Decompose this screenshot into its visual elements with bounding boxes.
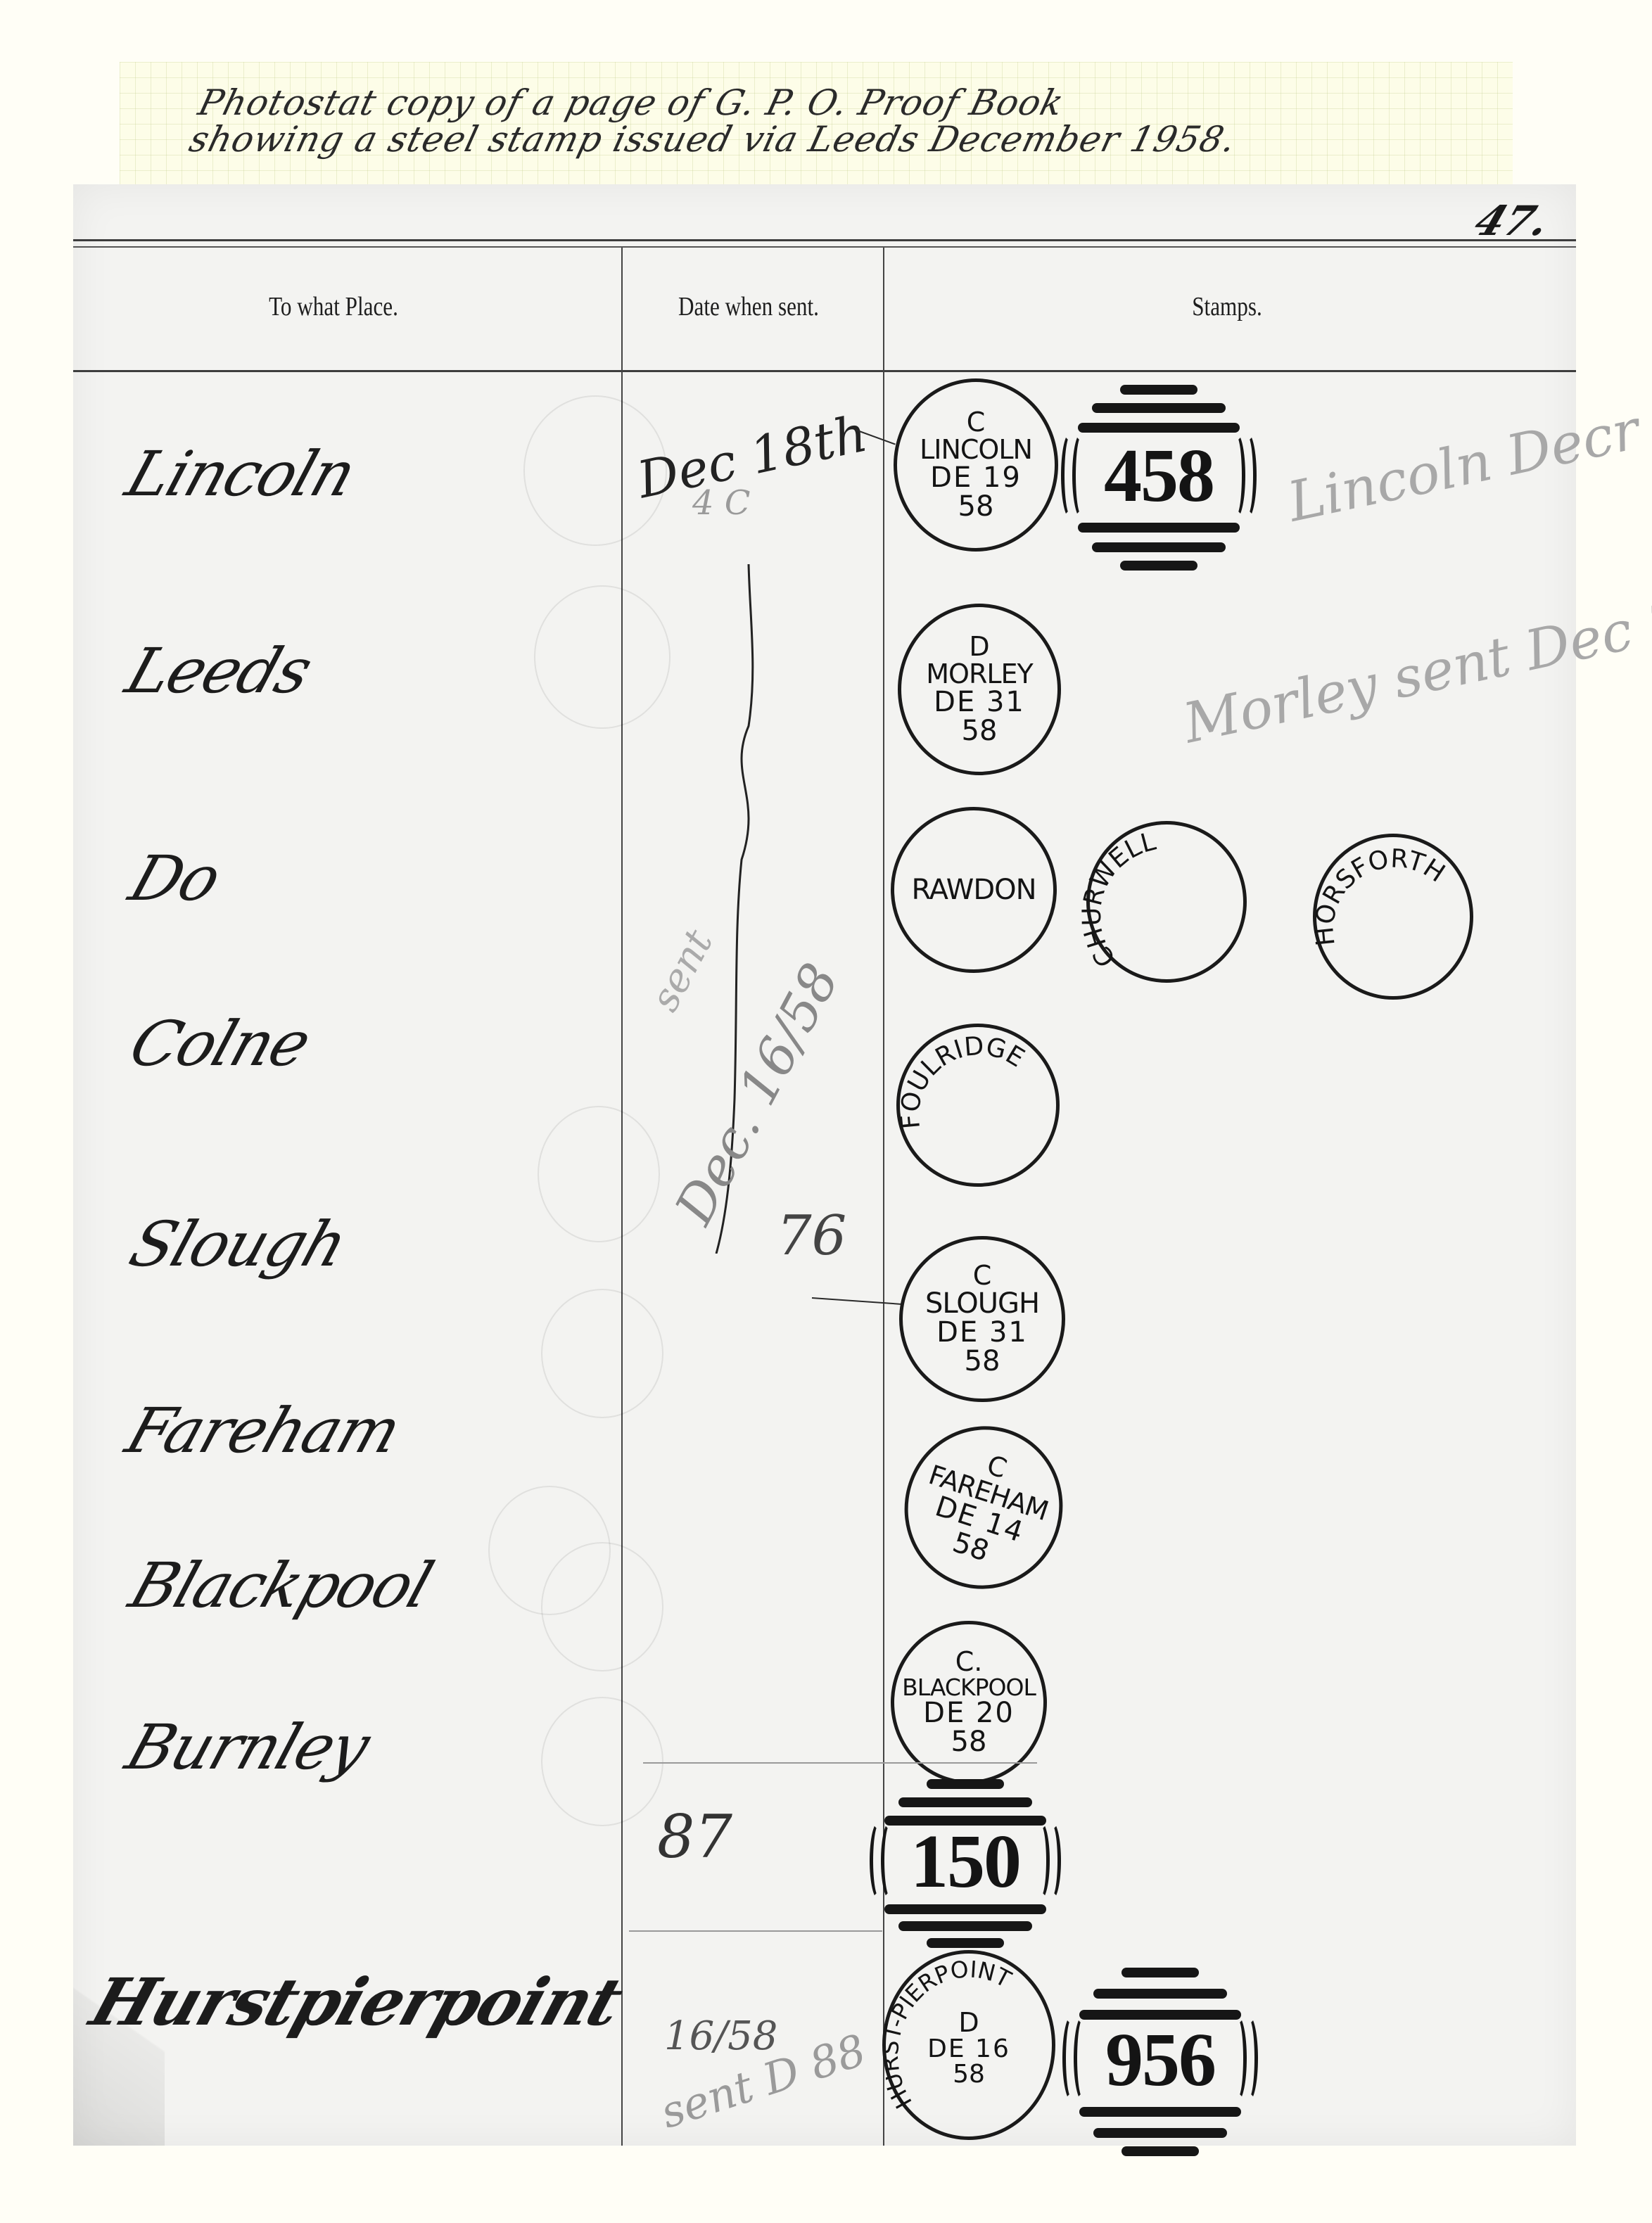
- stamp-date: DE 31: [934, 688, 1025, 717]
- stamp-town: HURST-PIERPOINT: [886, 1956, 1016, 2113]
- ghost-impression: [541, 1542, 663, 1671]
- stamp-code: C.: [955, 1648, 983, 1676]
- stamp-town: HORSFORTH: [1309, 843, 1451, 947]
- place-leeds: Leeds: [117, 635, 320, 707]
- stamp-code: D: [969, 633, 989, 661]
- place-blackpool: Blackpool: [121, 1549, 440, 1622]
- place-colne: Colne: [121, 1007, 319, 1080]
- page-number: 47.: [1468, 197, 1557, 245]
- pencil-rule: [643, 1762, 1037, 1764]
- place-burnley: Burnley: [117, 1711, 377, 1783]
- cds-stamp-morley: D MORLEY DE 31 58: [898, 604, 1061, 775]
- duplex-stamp-956: 956: [1072, 1968, 1248, 2151]
- duplex-number: 458: [1071, 440, 1247, 513]
- svg-text:HURST-PIERPOINT: HURST-PIERPOINT: [886, 1956, 1016, 2113]
- pencil-rule: [629, 1930, 882, 1932]
- column-header-place: To what Place.: [143, 291, 523, 322]
- caption-line-1: Photostat copy of a page of G. P. O. Pro…: [195, 84, 1470, 121]
- date-slough: 76: [777, 1204, 846, 1268]
- cds-stamp-lincoln: C LINCOLN DE 19 58: [894, 378, 1058, 552]
- ring-stamp-churwell: CHURWELL: [1086, 821, 1247, 983]
- ring-stamp-horsforth: HORSFORTH: [1313, 834, 1473, 1000]
- cds-stamp-blackpool: C. BLACKPOOL DE 20 58: [891, 1621, 1047, 1784]
- stamp-town: BLACKPOOL: [902, 1676, 1036, 1700]
- ghost-impression: [538, 1106, 660, 1242]
- pencil-annotation-lincoln: Lincoln Decr 18/58: [1283, 362, 1652, 534]
- cds-stamp-hurstpierpoint: HURST-PIERPOINT D DE 16 58: [882, 1950, 1055, 2140]
- stamp-town: RAWDON: [911, 874, 1036, 906]
- duplex-number: 956: [1072, 2024, 1248, 2097]
- pencil-annotation-morley: Morley sent Dec 20/58: [1178, 563, 1652, 756]
- place-fareham: Fareham: [117, 1394, 409, 1467]
- stamp-town: FOULRIDGE: [894, 1031, 1030, 1130]
- cds-stamp-slough: C SLOUGH DE 31 58: [899, 1236, 1065, 1402]
- place-hurstpierpoint: Hurstpierpoint: [82, 1964, 630, 2040]
- stamp-code: C: [973, 1262, 992, 1289]
- date-burnley: 87: [657, 1802, 732, 1871]
- stamp-year: 58: [962, 717, 998, 746]
- caption-note: Photostat copy of a page of G. P. O. Pro…: [186, 84, 1470, 158]
- place-do: Do: [121, 842, 229, 915]
- stamp-code: C: [967, 409, 986, 436]
- stamp-town: MORLEY: [926, 661, 1033, 688]
- stamp-date: DE 31: [936, 1318, 1028, 1347]
- proof-book-page: 47. To what Place. Date when sent. Stamp…: [73, 184, 1576, 2146]
- caption-line-2: showing a steel stamp issued via Leeds D…: [186, 121, 1461, 158]
- svg-text:CHURWELL: CHURWELL: [1076, 826, 1159, 973]
- date-lincoln: Dec 18th: [633, 404, 872, 510]
- svg-text:FOULRIDGE: FOULRIDGE: [894, 1031, 1030, 1130]
- header-rule-top: [73, 239, 1576, 241]
- stamp-date: DE 20: [923, 1699, 1015, 1728]
- place-slough: Slough: [121, 1208, 355, 1280]
- stamp-town: LINCOLN: [920, 436, 1032, 464]
- ghost-impression: [534, 585, 671, 729]
- ghost-impression: [541, 1697, 663, 1826]
- place-lincoln: Lincoln: [117, 438, 364, 510]
- stamp-date: DE 19: [930, 464, 1022, 492]
- column-header-stamps: Stamps.: [944, 291, 1510, 322]
- stamp-year: 58: [951, 1728, 987, 1757]
- date-pencil-lincoln: 4 C: [692, 483, 751, 523]
- duplex-stamp-150: 150: [879, 1779, 1051, 1944]
- header-rule-bottom: [73, 370, 1576, 372]
- column-header-date: Date when sent.: [644, 291, 852, 322]
- stamp-town: CHURWELL: [1076, 826, 1159, 973]
- ring-stamp-rawdon: RAWDON: [891, 807, 1057, 973]
- svg-text:HORSFORTH: HORSFORTH: [1309, 843, 1451, 947]
- stamp-year: 58: [965, 1347, 1000, 1376]
- stamp-town: SLOUGH: [925, 1289, 1039, 1318]
- date-hurstpierpoint: 16/58: [664, 2013, 777, 2059]
- duplex-stamp-458: 458: [1071, 385, 1247, 568]
- header-rule-top-inner: [73, 246, 1576, 248]
- ghost-impression: [541, 1289, 663, 1418]
- ring-stamp-foulridge: FOULRIDGE: [896, 1024, 1060, 1187]
- connector-line: [812, 1297, 903, 1305]
- cds-stamp-fareham: C FAREHAM DE 14 58: [884, 1406, 1084, 1610]
- stamp-year: 58: [958, 492, 994, 521]
- duplex-number: 150: [879, 1826, 1051, 1899]
